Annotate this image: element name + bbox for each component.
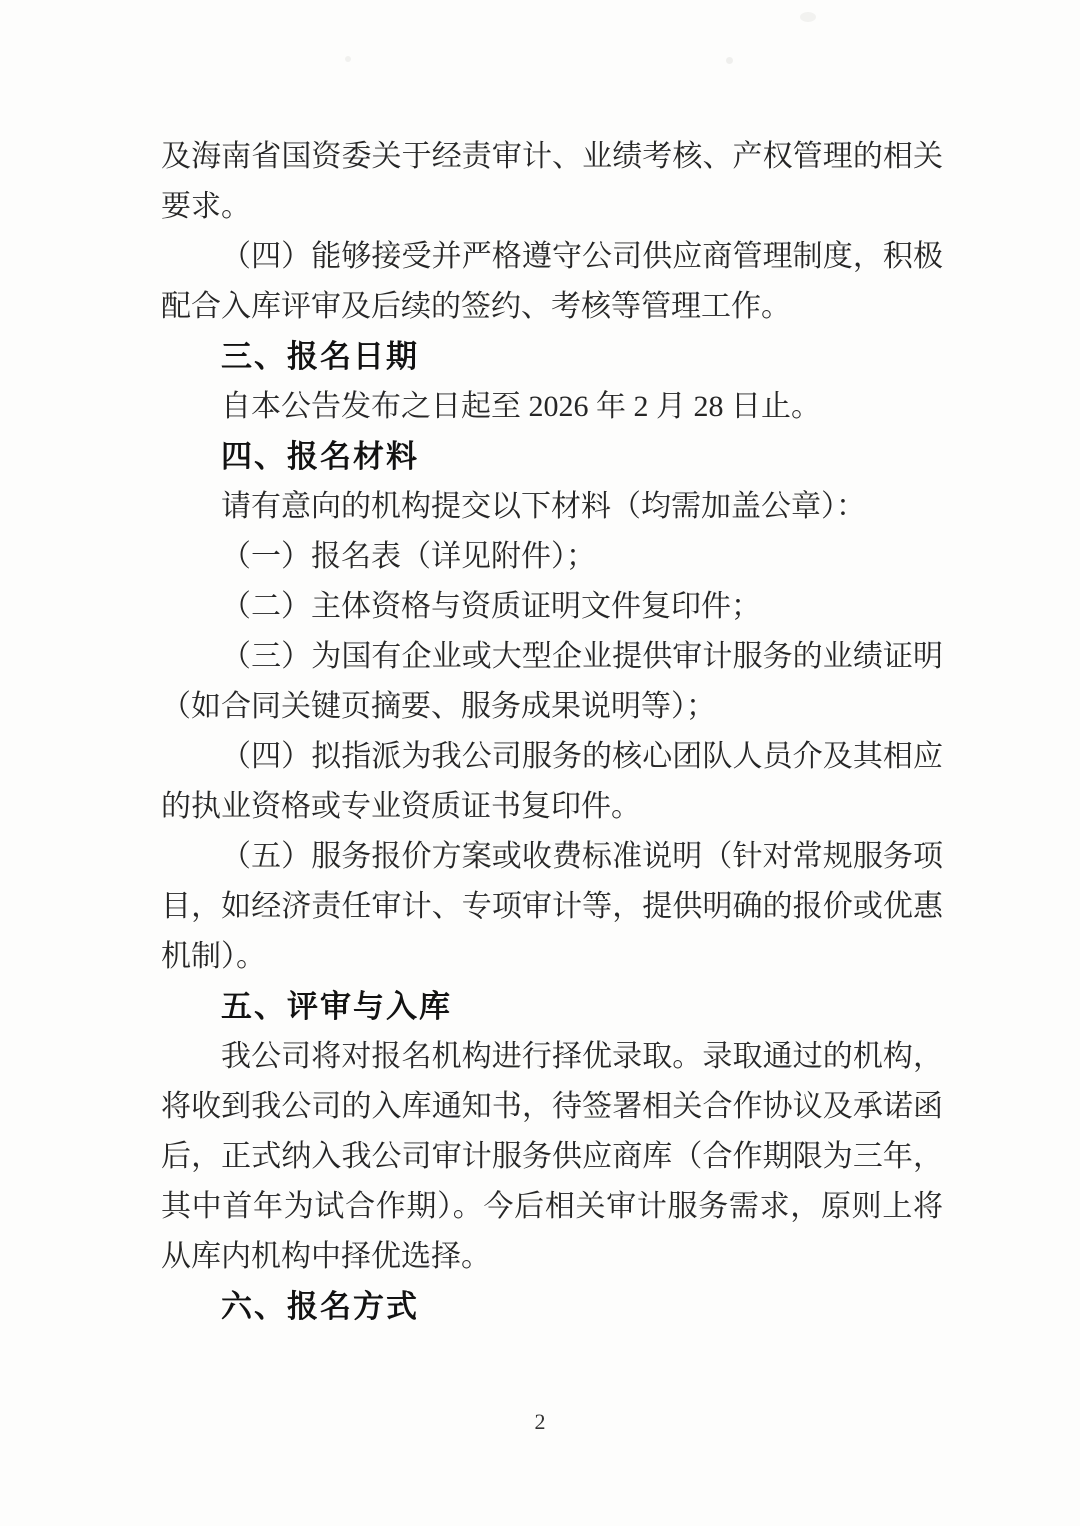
text-line: （如合同关键页摘要、服务成果说明等）； — [161, 682, 943, 732]
text-line: 目，如经济责任审计、专项审计等，提供明确的报价或优惠 — [161, 882, 943, 932]
text-line: （一）报名表（详见附件）； — [161, 532, 943, 582]
text-line: 的执业资格或专业资质证书复印件。 — [161, 782, 943, 832]
text-line: （三）为国有企业或大型企业提供审计服务的业绩证明 — [161, 632, 943, 682]
text-line: 后，正式纳入我公司审计服务供应商库（合作期限为三年， — [161, 1132, 943, 1182]
scan-artifact — [726, 57, 733, 64]
section-heading: 六、报名方式 — [161, 1282, 943, 1332]
section-heading: 四、报名材料 — [161, 432, 943, 482]
document-page: 及海南省国资委关于经责审计、业绩考核、产权管理的相关要求。（四）能够接受并严格遵… — [0, 0, 1080, 1526]
text-line: 配合入库评审及后续的签约、考核等管理工作。 — [161, 282, 943, 332]
text-line: （四）拟指派为我公司服务的核心团队人员介及其相应 — [161, 732, 943, 782]
scan-artifact — [345, 56, 351, 62]
text-line: 请有意向的机构提交以下材料（均需加盖公章）： — [161, 482, 943, 532]
text-line: （五）服务报价方案或收费标准说明（针对常规服务项 — [161, 832, 943, 882]
text-line: 我公司将对报名机构进行择优录取。录取通过的机构， — [161, 1032, 943, 1082]
text-line: 及海南省国资委关于经责审计、业绩考核、产权管理的相关 — [161, 132, 943, 182]
text-line: 自本公告发布之日起至 2026 年 2 月 28 日止。 — [161, 382, 943, 432]
text-line: 机制）。 — [161, 932, 943, 982]
text-line: （四）能够接受并严格遵守公司供应商管理制度，积极 — [161, 232, 943, 282]
page-number: 2 — [0, 1407, 1080, 1437]
document-body: 及海南省国资委关于经责审计、业绩考核、产权管理的相关要求。（四）能够接受并严格遵… — [161, 132, 943, 1332]
text-line: （二）主体资格与资质证明文件复印件； — [161, 582, 943, 632]
text-line: 其中首年为试合作期）。今后相关审计服务需求，原则上将 — [161, 1182, 943, 1232]
section-heading: 三、报名日期 — [161, 332, 943, 382]
text-line: 要求。 — [161, 182, 943, 232]
text-line: 将收到我公司的入库通知书，待签署相关合作协议及承诺函 — [161, 1082, 943, 1132]
section-heading: 五、评审与入库 — [161, 982, 943, 1032]
scan-artifact — [800, 12, 816, 22]
text-line: 从库内机构中择优选择。 — [161, 1232, 943, 1282]
